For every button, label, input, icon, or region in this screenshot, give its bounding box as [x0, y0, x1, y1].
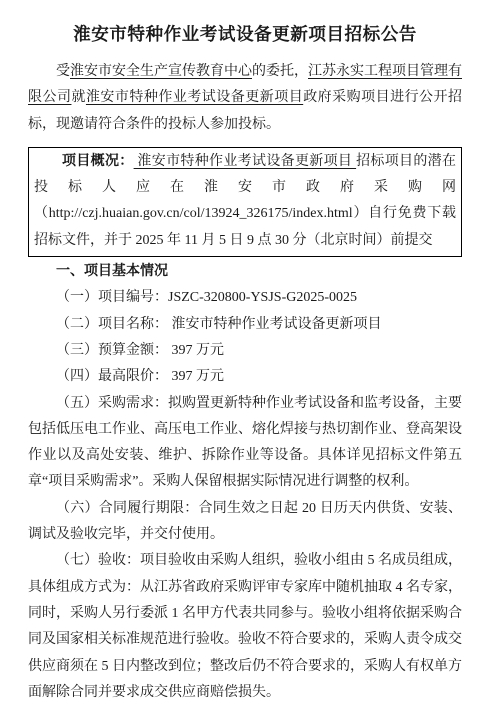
document-page: 淮安市特种作业考试设备更新项目招标公告 受淮安市安全生产宣传教育中心的委托，江苏… — [0, 0, 489, 723]
project-overview-box-paragraph: 项目概况： 淮安市特种作业考试设备更新项目 招标项目的潜在投标人应在淮安市政府采… — [34, 149, 456, 254]
item-contract-period: （六）合同履行期限：合同生效之日起 20 日历天内供货、安装、调试及验收完毕，并… — [28, 496, 462, 549]
text-segment: （二）项目名称： 淮安市特种作业考试设备更新项目 — [56, 317, 382, 332]
item-project-name: （二）项目名称： 淮安市特种作业考试设备更新项目 — [28, 312, 462, 338]
item-procurement-requirements: （五）采购需求：拟购置更新特种作业考试设备和监考设备，主要包括低压电工作业、高压… — [28, 391, 462, 496]
text-segment: 受 — [56, 64, 70, 79]
section-heading-text: 一、项目基本情况 — [56, 264, 168, 279]
overview-label: 项目概况： — [62, 154, 134, 169]
overview-project-name: 淮安市特种作业考试设备更新项目 — [134, 154, 356, 169]
text-segment: （一）项目编号：JSZC-320800-YSJS-G2025-0025 — [56, 290, 357, 305]
project-overview-box: 项目概况： 淮安市特种作业考试设备更新项目 招标项目的潜在投标人应在淮安市政府采… — [28, 147, 462, 257]
text-segment: （六）合同履行期限：合同生效之日起 20 日历天内供货、安装、调试及验收完毕，并… — [28, 501, 462, 542]
item-max-price: （四）最高限价： 397 万元 — [28, 364, 462, 390]
text-segment: （七）验收：项目验收由采购人组织，验收小组由 5 名成员组成，具体组成方式为：从… — [28, 553, 462, 699]
text-segment: （五）采购需求：拟购置更新特种作业考试设备和监考设备，主要包括低压电工作业、高压… — [28, 396, 462, 490]
intro-paragraph: 受淮安市安全生产宣传教育中心的委托，江苏永实工程项目管理有限公司就淮安市特种作业… — [28, 59, 462, 138]
document-body: 受淮安市安全生产宣传教育中心的委托，江苏永实工程项目管理有限公司就淮安市特种作业… — [28, 59, 462, 706]
text-segment: （三）预算金额： 397 万元 — [56, 343, 224, 358]
item-acceptance: （七）验收：项目验收由采购人组织，验收小组由 5 名成员组成，具体组成方式为：从… — [28, 548, 462, 706]
text-segment: （四）最高限价： 397 万元 — [56, 369, 224, 384]
section-heading-basic-info: 一、项目基本情况 — [28, 259, 462, 285]
project-name: 淮安市特种作业考试设备更新项目 — [86, 90, 303, 105]
purchaser-name: 淮安市安全生产宣传教育中心 — [70, 64, 252, 79]
document-title: 淮安市特种作业考试设备更新项目招标公告 — [28, 20, 462, 48]
item-project-number: （一）项目编号：JSZC-320800-YSJS-G2025-0025 — [28, 285, 462, 311]
portal-url-text: （http://czj.huaian.gov.cn/col/13924_3261… — [34, 206, 368, 221]
text-segment: 的委托， — [252, 64, 308, 79]
item-budget-amount: （三）预算金额： 397 万元 — [28, 338, 462, 364]
text-segment: 就 — [71, 90, 85, 105]
